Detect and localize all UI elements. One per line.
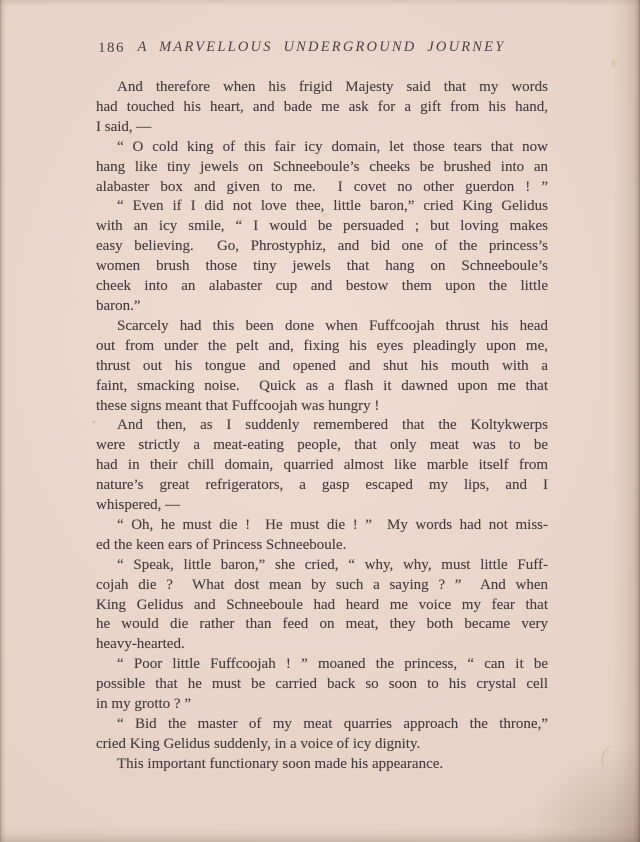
text-line: thrust out his tongue and opened and shu…	[96, 357, 548, 377]
text-line: King Gelidus and Schneeboule had heard m…	[96, 596, 548, 616]
text-line: “ Speak, little baron,” she cried, “ why…	[96, 556, 548, 576]
text-line: nature’s great refrigerators, a gasp esc…	[96, 476, 548, 496]
text-line: with an icy smile, “ I would be persuade…	[96, 217, 548, 237]
text-line: “ O cold king of this fair icy domain, l…	[96, 138, 548, 158]
text-block: And therefore when his frigid Majesty sa…	[96, 78, 548, 775]
text-line: alabaster box and given to me. I covet n…	[96, 178, 548, 198]
text-line: “ Even if I did not love thee, little ba…	[96, 197, 548, 217]
text-line: “ Poor little Fuffcoojah ! ” moaned the …	[96, 655, 548, 675]
text-line: baron.”	[96, 297, 548, 317]
text-line: cojah die ? What dost mean by such a say…	[96, 576, 548, 596]
text-line: Scarcely had this been done when Fuffcoo…	[96, 317, 548, 337]
text-line: he would die rather than feed on meat, t…	[96, 615, 548, 635]
text-line: women brush those tiny jewels that hang …	[96, 257, 548, 277]
text-line: were strictly a meat-eating people, that…	[96, 436, 548, 456]
page-header: 186 A MARVELLOUS UNDERGROUND JOURNEY	[96, 39, 547, 59]
paper-speck	[599, 744, 623, 772]
text-line: whispered, —	[96, 496, 548, 516]
text-line: “ Bid the master of my meat quarries app…	[96, 715, 548, 735]
text-line: faint, smacking noise. Quick as a flash …	[96, 377, 548, 397]
book-page: 186 A MARVELLOUS UNDERGROUND JOURNEY And…	[0, 0, 640, 842]
text-line: I said, —	[96, 118, 548, 138]
text-line: in my grotto ? ”	[96, 695, 548, 715]
text-line: these signs meant that Fuffcoojah was hu…	[96, 397, 548, 417]
text-line: possible that he must be carried back so…	[96, 675, 548, 695]
text-line: had touched his heart, and bade me ask f…	[96, 98, 548, 118]
text-line: This important functionary soon made his…	[96, 755, 548, 775]
text-line: ed the keen ears of Princess Schneeboule…	[96, 536, 548, 556]
text-line: had in their chill domain, quarried almo…	[96, 456, 548, 476]
text-line: heavy-hearted.	[96, 635, 548, 655]
text-line: And therefore when his frigid Majesty sa…	[96, 78, 548, 98]
paper-speck	[610, 58, 617, 69]
text-line: cried King Gelidus suddenly, in a voice …	[96, 735, 548, 755]
text-line: out from under the pelt and, fixing his …	[96, 337, 548, 357]
text-line: hang like tiny jewels on Schneeboule’s c…	[96, 158, 548, 178]
text-line: And then, as I suddenly remembered that …	[96, 416, 548, 436]
text-line: “ Oh, he must die ! He must die ! ” My w…	[96, 516, 548, 536]
running-title: A MARVELLOUS UNDERGROUND JOURNEY	[96, 39, 547, 56]
text-line: easy believing. Go, Phrostyphiz, and bid…	[96, 237, 548, 257]
text-line: cheek into an alabaster cup and bestow t…	[96, 277, 548, 297]
